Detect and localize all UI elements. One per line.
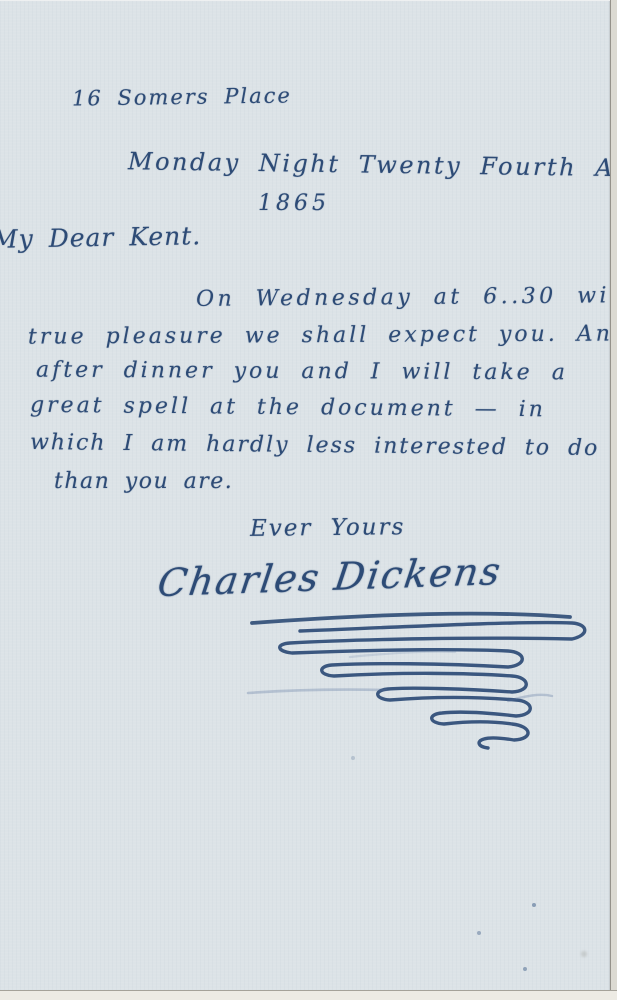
ink-specks <box>0 1 2 3</box>
salutation: My Dear Kent. <box>0 221 201 254</box>
body-line: which I am hardly less interested to do <box>30 430 600 461</box>
scan-edge-right <box>610 0 617 1000</box>
body-line: true pleasure we shall expect you. And <box>28 321 611 349</box>
year-line: 1865 <box>258 191 330 216</box>
closing-valediction: Ever Yours <box>250 514 406 542</box>
date-line: Monday Night Twenty Fourth April <box>128 147 611 183</box>
address-line: 16 Somers Place <box>72 83 292 110</box>
letter-paper: 16 Somers Place Monday Night Twenty Four… <box>0 0 611 992</box>
body-line: great spell at the document — in <box>30 393 546 423</box>
body-line: On Wednesday at 6..30 with <box>196 283 611 312</box>
scan-edge-bottom <box>0 990 617 1000</box>
scanned-letter-image: 16 Somers Place Monday Night Twenty Four… <box>0 0 617 1000</box>
body-line: than you are. <box>54 469 233 494</box>
body-line: after dinner you and I will take a <box>36 358 568 386</box>
signature-flourish <box>140 597 590 767</box>
